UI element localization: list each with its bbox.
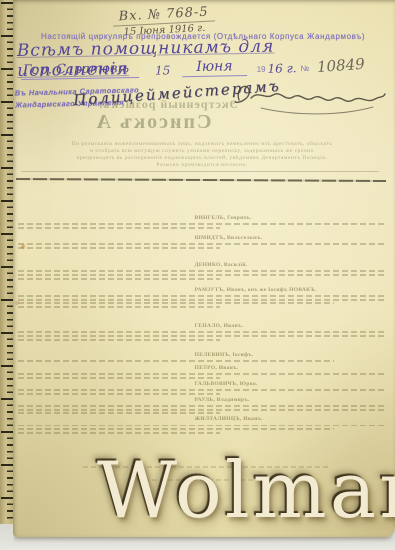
pencil-registry-note: Вх. № 768-5 15 Іюня 1916 г. [112, 4, 215, 38]
list-item: ПЕЛЕВИНЪ, Іосифъ. [18, 352, 386, 362]
list-item: РАУЛЬ, Владимиръ. [18, 397, 386, 415]
handwritten-year: 16 г. [267, 61, 296, 76]
handwritten-document-number: 10849 [317, 55, 366, 76]
scan-background-strip [0, 537, 395, 550]
list-item: ВИНГЕЛЬ, Генрихъ. [18, 215, 386, 229]
bleedthrough-paragraph-line: препроводить въ распоряженіе подлежащихъ… [18, 155, 386, 162]
list-item: РАМЗУТЪ, Иванъ, онъ же Іосифъ НОВАКЪ. [18, 287, 386, 308]
list-item: ЖИЛТАЛИНЦЪ, Иванъ. [18, 416, 386, 434]
ruler-major-ticks [1, 2, 13, 520]
paper-sheet: Экстренный розыскъ. Списокъ А По розыска… [13, 0, 395, 537]
film-ruler-strip [0, 0, 13, 524]
list-item: ГЕПАЛО, Иванъ. [18, 323, 386, 341]
printed-year-prefix: 19 [257, 65, 266, 76]
handwritten-day: 15 [155, 63, 171, 77]
signature-flourish [225, 78, 390, 126]
handwritten-place: Гор. Саратовѣ [21, 61, 139, 80]
handwritten-month: Іюня [182, 58, 247, 77]
horizontal-rule [16, 178, 386, 182]
bleedthrough-paragraph: По розысканіи нижепоименованныхъ лицъ, н… [18, 141, 386, 170]
bleedthrough-paragraph-line: Розыскъ производится негласно. [18, 162, 386, 169]
ruler-end-cap [0, 524, 13, 550]
bleedthrough-name-list: ВИНГЕЛЬ, Генрихъ. ШМИДТЪ, Вильгельмъ. ДЕ… [18, 205, 386, 436]
list-item: ДЕНИКО, Василій. [18, 262, 386, 280]
number-sign: № [300, 64, 309, 75]
list-item: ПЕТРО, Иванъ. [18, 365, 386, 379]
horizontal-rule-faint [21, 171, 379, 172]
list-item: ГАЛЬВОВИЧЪ, Юрко. [18, 381, 386, 395]
wolmar-watermark: Wolmar [97, 452, 395, 530]
list-item: ШМИДТЪ, Вильгельмъ. [18, 235, 386, 249]
bleedthrough-heading-large: Списокъ А [53, 111, 253, 134]
scanned-document: Экстренный розыскъ. Списокъ А По розыска… [0, 0, 395, 550]
